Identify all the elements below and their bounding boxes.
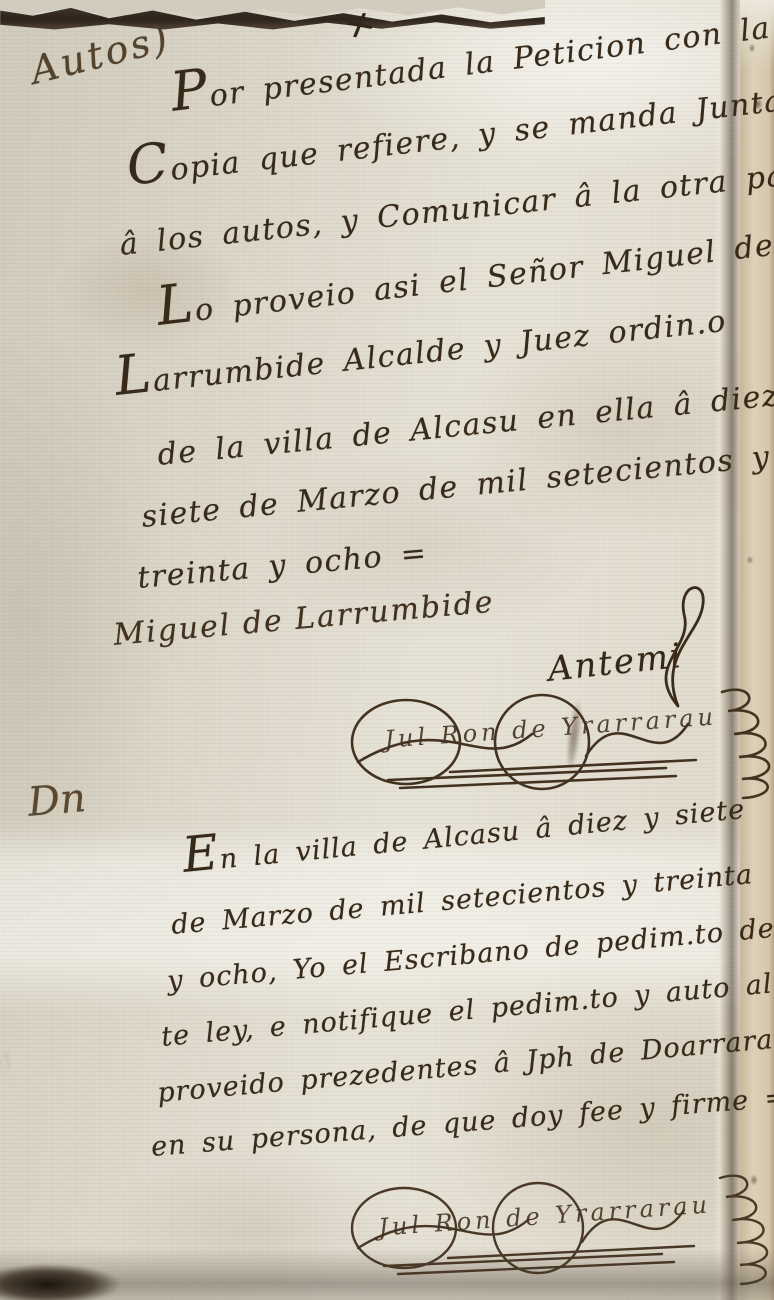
margin-note-abbreviation: Dn	[26, 775, 88, 826]
notary-signature-rubric: Jul Ron de Yrarrarau	[330, 680, 774, 806]
ink-stain-bottom-left	[0, 1258, 158, 1300]
notary-signature-rubric: Jul Ron de Yrarrarau	[324, 1168, 772, 1292]
manuscript-scan: En la villa de Alcasu â diez y siete Cop…	[0, 0, 774, 1300]
